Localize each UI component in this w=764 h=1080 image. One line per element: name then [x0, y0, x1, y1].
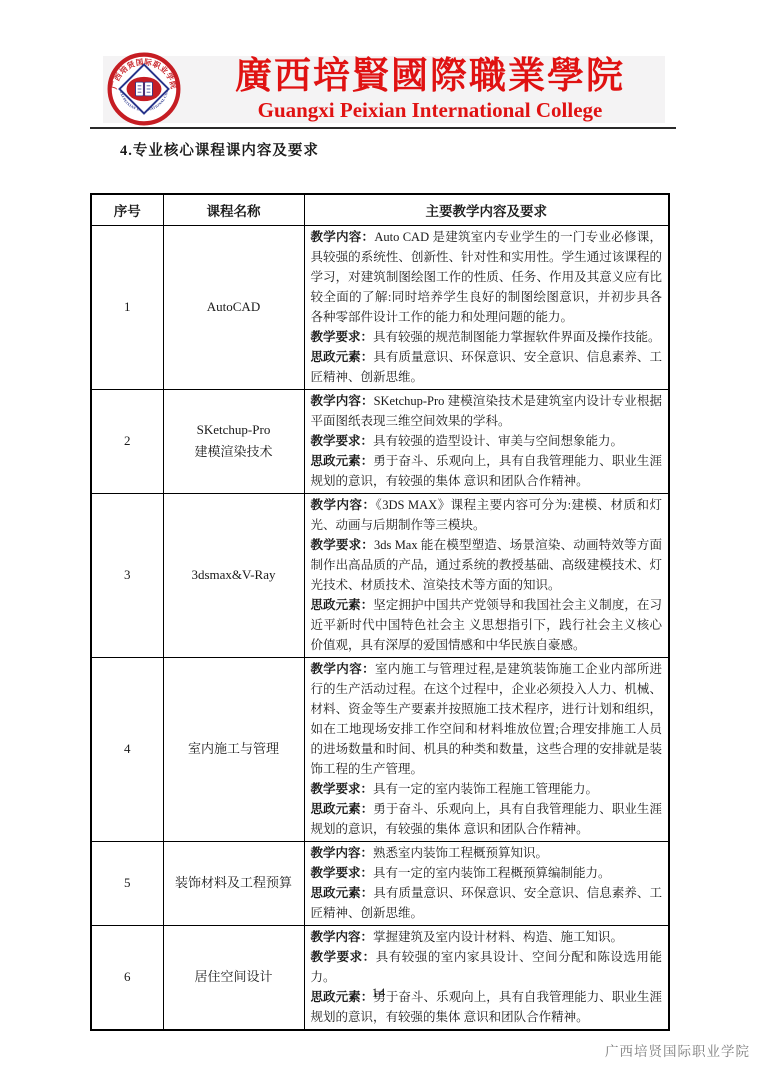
col-header-no: 序号: [91, 194, 163, 225]
content-section: 教学要求：具有较强的室内家具设计、空间分配和陈设选用能力。: [311, 947, 663, 987]
content-section: 思政元素：勇于奋斗、乐观向上，具有自我管理能力、职业生涯规划的意识，有较强的集体…: [311, 799, 663, 839]
course-name: 3dsmax&V-Ray: [163, 493, 304, 657]
brand-block: 廣西培賢國際職業學院 Guangxi Peixian International…: [196, 56, 664, 122]
course-content: 教学内容：《3DS MAX》课程主要内容可分为:建模、材质和灯光、动画与后期制作…: [304, 493, 669, 657]
section-heading: 4.专业核心课程课内容及要求: [120, 139, 319, 160]
content-section: 教学要求：具有一定的室内装饰工程概预算编制能力。: [311, 863, 663, 883]
table-header-row: 序号 课程名称 主要教学内容及要求: [91, 194, 669, 225]
course-content: 教学内容：室内施工与管理过程,是建筑装饰施工企业内部所进行的生产活动过程。在这个…: [304, 657, 669, 841]
college-name-chinese: 廣西培賢國際職業學院: [196, 56, 664, 98]
content-section: 教学内容：熟悉室内装饰工程概预算知识。: [311, 843, 663, 863]
footer-college-name: 广西培贤国际职业学院: [605, 1040, 750, 1060]
course-content: 教学内容：掌握建筑及室内设计材料、构造、施工知识。 教学要求：具有较强的室内家具…: [304, 925, 669, 1030]
course-name: 居住空间设计: [163, 925, 304, 1030]
content-section: 思政元素：具有质量意识、环保意识、安全意识、信息素养、工匠精神、创新思维。: [311, 883, 663, 923]
course-name: SKetchup-Pro 建模渲染技术: [163, 389, 304, 493]
course-content: 教学内容：Auto CAD 是建筑室内专业学生的一门专业必修课，具较强的系统性、…: [304, 225, 669, 389]
content-section: 教学内容：室内施工与管理过程,是建筑装饰施工企业内部所进行的生产活动过程。在这个…: [311, 659, 663, 779]
content-section: 教学要求：具有一定的室内装饰工程施工管理能力。: [311, 779, 663, 799]
document-page: 广西培贤国际职业学院 GUANGXI PEIXIAN INTERNATIONAL…: [0, 0, 764, 1080]
row-no: 5: [91, 841, 163, 925]
table-row: 1 AutoCAD 教学内容：Auto CAD 是建筑室内专业学生的一门专业必修…: [91, 225, 669, 389]
col-header-course: 课程名称: [163, 194, 304, 225]
course-name: 室内施工与管理: [163, 657, 304, 841]
content-section: 思政元素：勇于奋斗、乐观向上，具有自我管理能力、职业生涯规划的意识，有较强的集体…: [311, 451, 663, 491]
row-no: 6: [91, 925, 163, 1030]
content-section: 教学内容：掌握建筑及室内设计材料、构造、施工知识。: [311, 927, 663, 947]
content-section: 教学要求：3ds Max 能在模型塑造、场景渲染、动画特效等方面制作出高品质的产…: [311, 535, 663, 595]
content-section: 思政元素：具有质量意识、环保意识、安全意识、信息素养、工匠精神、创新思维。: [311, 347, 663, 387]
row-no: 4: [91, 657, 163, 841]
course-table: 序号 课程名称 主要教学内容及要求 1 AutoCAD 教学内容：Auto CA…: [90, 193, 670, 1031]
page-number: 14: [90, 986, 668, 1001]
col-header-content: 主要教学内容及要求: [304, 194, 669, 225]
college-name-english: Guangxi Peixian International College: [196, 98, 664, 122]
table-row: 5 装饰材料及工程预算 教学内容：熟悉室内装饰工程概预算知识。 教学要求：具有一…: [91, 841, 669, 925]
course-content: 教学内容：SKetchup-Pro 建模渲染技术是建筑室内设计专业根据平面图纸表…: [304, 389, 669, 493]
content-section: 教学内容：Auto CAD 是建筑室内专业学生的一门专业必修课，具较强的系统性、…: [311, 227, 663, 327]
table-row: 2 SKetchup-Pro 建模渲染技术 教学内容：SKetchup-Pro …: [91, 389, 669, 493]
table-row: 3 3dsmax&V-Ray 教学内容：《3DS MAX》课程主要内容可分为:建…: [91, 493, 669, 657]
table-row: 6 居住空间设计 教学内容：掌握建筑及室内设计材料、构造、施工知识。 教学要求：…: [91, 925, 669, 1030]
row-no: 2: [91, 389, 163, 493]
content-section: 思政元素：坚定拥护中国共产党领导和我国社会主义制度，在习近平新时代中国特色社会主…: [311, 595, 663, 655]
college-logo-icon: 广西培贤国际职业学院 GUANGXI PEIXIAN INTERNATIONAL…: [107, 52, 181, 126]
row-no: 1: [91, 225, 163, 389]
header-divider: [90, 127, 676, 129]
content-section: 教学内容：SKetchup-Pro 建模渲染技术是建筑室内设计专业根据平面图纸表…: [311, 391, 663, 431]
content-section: 教学要求：具有较强的造型设计、审美与空间想象能力。: [311, 431, 663, 451]
course-table-wrap: 序号 课程名称 主要教学内容及要求 1 AutoCAD 教学内容：Auto CA…: [90, 193, 668, 1031]
table-row: 4 室内施工与管理 教学内容：室内施工与管理过程,是建筑装饰施工企业内部所进行的…: [91, 657, 669, 841]
row-no: 3: [91, 493, 163, 657]
course-name: 装饰材料及工程预算: [163, 841, 304, 925]
course-content: 教学内容：熟悉室内装饰工程概预算知识。 教学要求：具有一定的室内装饰工程概预算编…: [304, 841, 669, 925]
content-section: 教学要求：具有较强的规范制图能力掌握软件界面及操作技能。: [311, 327, 663, 347]
course-name: AutoCAD: [163, 225, 304, 389]
content-section: 教学内容：《3DS MAX》课程主要内容可分为:建模、材质和灯光、动画与后期制作…: [311, 495, 663, 535]
